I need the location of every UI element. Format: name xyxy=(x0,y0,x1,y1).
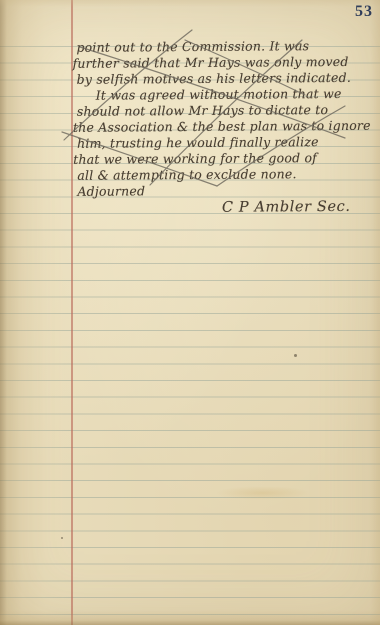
binding-edge-shadow xyxy=(0,0,70,625)
page-right-edge xyxy=(370,0,380,625)
cross-out-stroke xyxy=(80,47,345,138)
page-top-edge xyxy=(0,0,380,7)
cross-out-stroke xyxy=(150,40,302,185)
paper-stain xyxy=(215,486,310,500)
cross-out-stroke xyxy=(64,30,192,140)
ledger-page: 53 point out to the Commission. It was f… xyxy=(0,0,380,625)
page-bottom-edge xyxy=(0,610,380,625)
cross-out-stroke xyxy=(185,40,305,95)
ink-speck xyxy=(294,354,297,357)
cross-out-stroke xyxy=(217,106,345,186)
